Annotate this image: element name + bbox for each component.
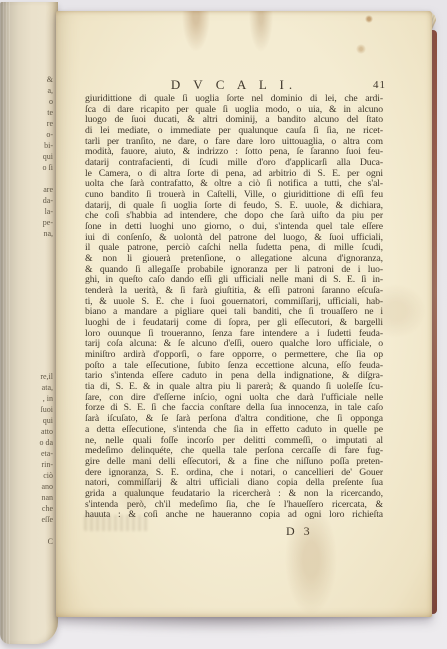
body-text: giuridittione di quale ſi uoglia ſorte n… — [85, 94, 383, 521]
text-fragment: o da — [7, 437, 53, 448]
text-line: gire delle mani delli eſſecutori, & a fi… — [85, 457, 383, 468]
facing-page-fore-edge: &a,otereo-bi-quio ſiareda-la-pe-na,re,il… — [0, 2, 58, 644]
text-fragment: qui — [7, 151, 53, 162]
page-number: 41 — [373, 79, 386, 91]
text-fragment — [7, 525, 53, 536]
signature-mark: D 3 — [286, 524, 310, 539]
text-fragment: are — [7, 184, 53, 195]
text-line: a detta eſſecutione, s'intenda che ſia i… — [85, 425, 383, 436]
text-fragment: da- — [7, 195, 53, 206]
text-fragment: nan — [7, 492, 53, 503]
text-fragment — [7, 305, 53, 316]
text-fragment: re,il — [7, 371, 53, 382]
text-fragment: o ſi — [7, 162, 53, 173]
text-fragment — [7, 272, 53, 283]
text-fragment — [7, 338, 53, 349]
text-fragment: pe- — [7, 217, 53, 228]
text-fragment: rin- — [7, 459, 53, 470]
ink-showthrough — [84, 515, 148, 531]
text-fragment — [7, 250, 53, 261]
text-fragment: o — [7, 96, 53, 107]
text-fragment — [7, 239, 53, 250]
text-fragment: a, — [7, 85, 53, 96]
page-header: D V C A L I. 41 — [85, 77, 383, 93]
facing-page-text-fragments: &a,otereo-bi-quio ſiareda-la-pe-na,re,il… — [7, 74, 53, 547]
text-fragment: & — [7, 74, 53, 85]
text-fragment: bi- — [7, 140, 53, 151]
photo-backdrop: &a,otereo-bi-quio ſiareda-la-pe-na,re,il… — [0, 0, 447, 649]
text-fragment — [7, 316, 53, 327]
text-fragment — [7, 261, 53, 272]
text-fragment: qui — [7, 415, 53, 426]
text-fragment — [7, 327, 53, 338]
text-fragment — [7, 349, 53, 360]
text-fragment: C — [7, 536, 53, 547]
text-fragment — [7, 294, 53, 305]
text-fragment: na, — [7, 228, 53, 239]
text-fragment — [7, 173, 53, 184]
text-fragment: eta- — [7, 448, 53, 459]
text-fragment — [7, 283, 53, 294]
running-title: D V C A L I. — [85, 77, 383, 93]
text-fragment: ciò — [7, 470, 53, 481]
text-fragment: eſſe — [7, 514, 53, 525]
text-fragment: re — [7, 118, 53, 129]
book-page: D V C A L I. 41 giuridittione di quale ſ… — [56, 11, 432, 617]
text-fragment: ſuoi — [7, 404, 53, 415]
text-fragment: atto — [7, 426, 53, 437]
text-line: grida a qualunque feudatario la ricerche… — [85, 489, 383, 500]
text-fragment: te — [7, 107, 53, 118]
text-fragment: ata, — [7, 382, 53, 393]
text-fragment — [7, 360, 53, 371]
text-fragment: o- — [7, 129, 53, 140]
text-fragment: che — [7, 503, 53, 514]
text-fragment: ano — [7, 481, 53, 492]
text-fragment: , in — [7, 393, 53, 404]
text-fragment: la- — [7, 206, 53, 217]
